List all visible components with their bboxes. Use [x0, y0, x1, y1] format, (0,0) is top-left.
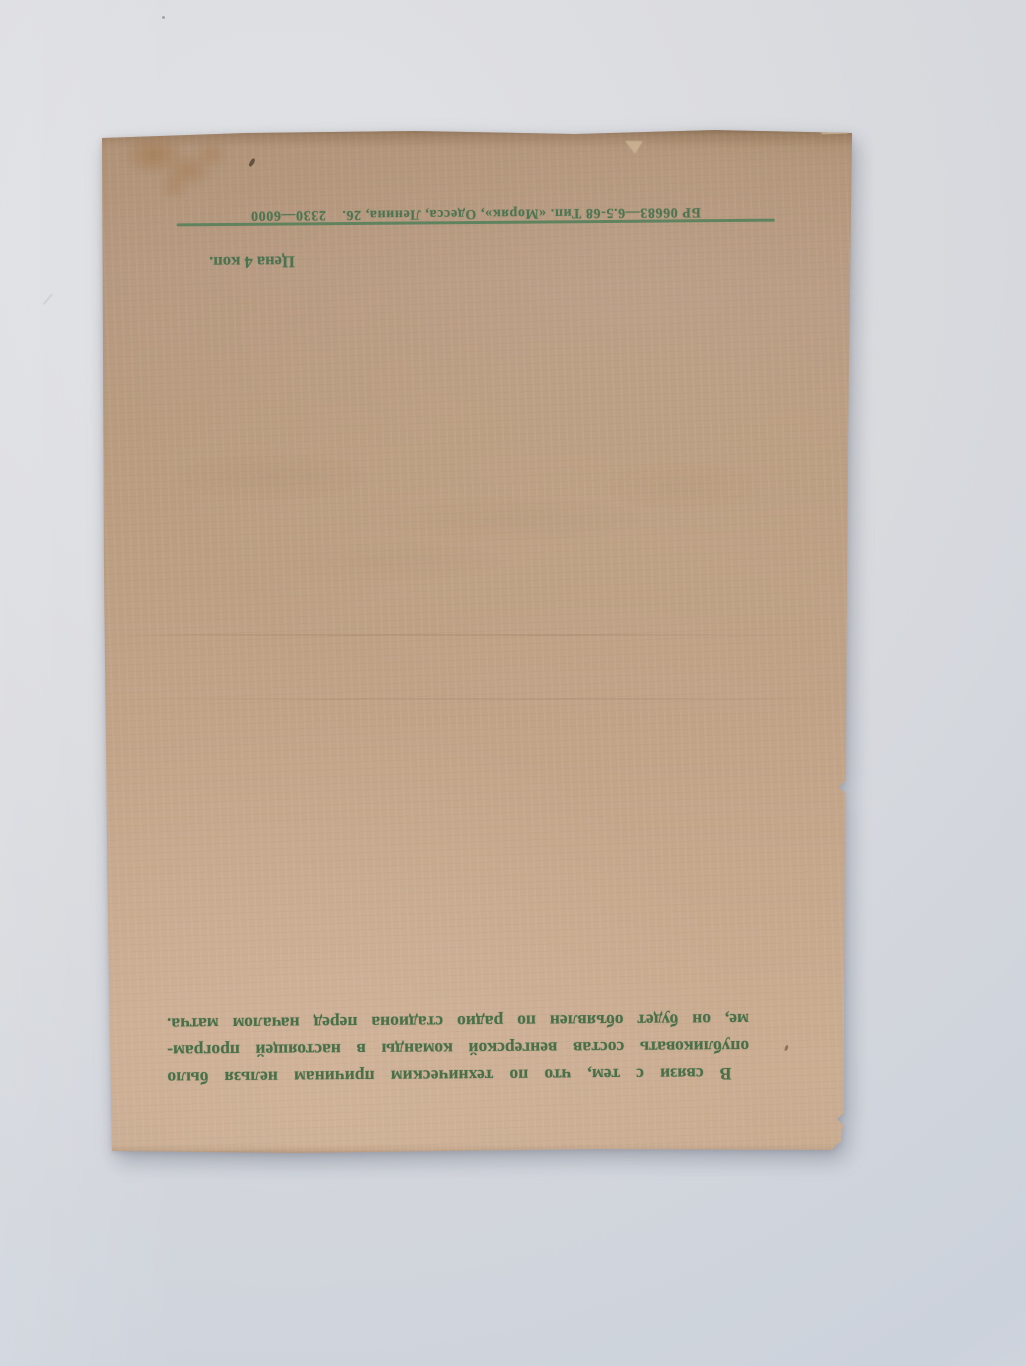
note-line-2: опубликовать состав венгерской команды в…: [167, 1033, 749, 1065]
note-line-3: ме, он будет объявлен по радио стадиона …: [167, 1006, 749, 1038]
paper-shadow: БР 06683—6.5-68 Тип. «Моряк», Одесса, Ле…: [95, 126, 860, 1158]
photo-background: БР 06683—6.5-68 Тип. «Моряк», Одесса, Ле…: [0, 0, 1026, 1366]
announcement-note: В связи с тем, что по техническим причин…: [167, 1006, 750, 1092]
note-line-1: В связи с тем, что по техническим причин…: [167, 1060, 749, 1092]
dust-speck: [43, 293, 54, 305]
price-label: Цена 4 коп.: [209, 249, 295, 272]
paper-sheet: БР 06683—6.5-68 Тип. «Моряк», Одесса, Ле…: [95, 126, 860, 1158]
dust-speck: [162, 16, 165, 19]
imprint-circulation: 2330—6000: [250, 207, 326, 223]
printed-content: БР 06683—6.5-68 Тип. «Моряк», Одесса, Ле…: [91, 123, 864, 1161]
